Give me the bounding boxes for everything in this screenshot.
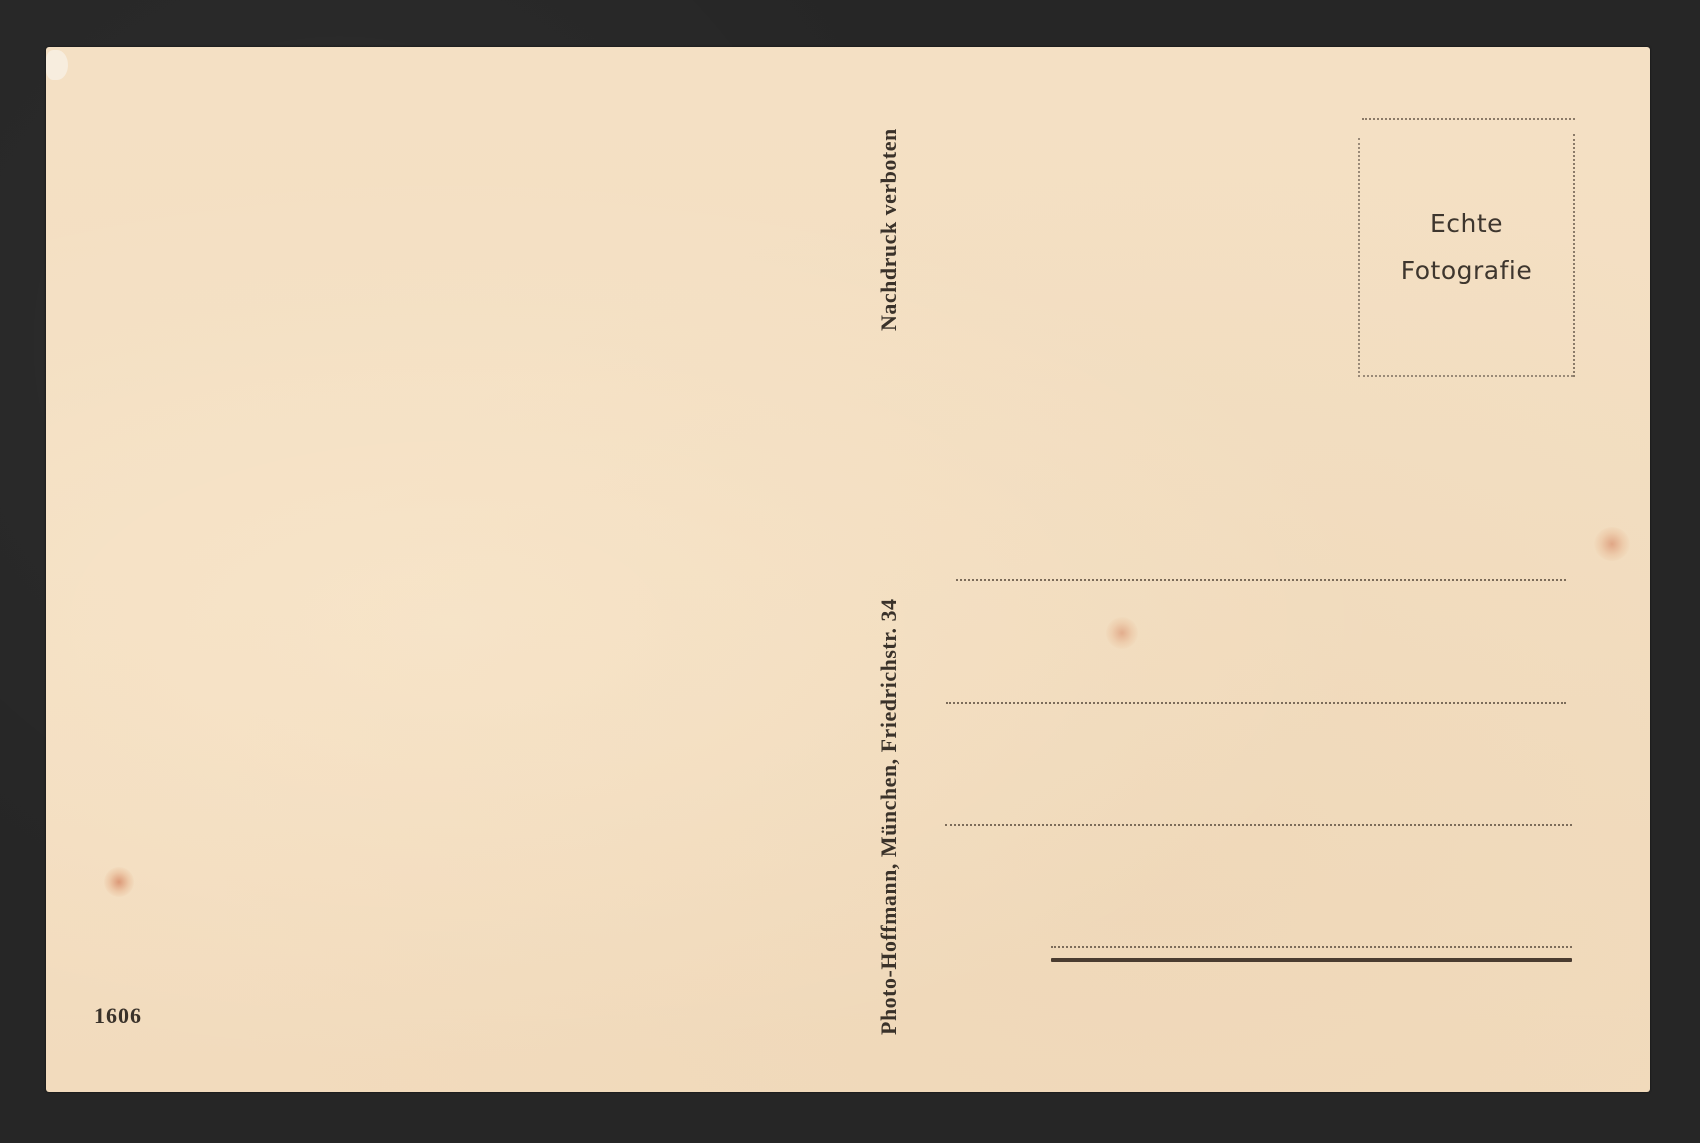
stamp-box-border-top bbox=[1362, 118, 1575, 120]
publisher-imprint: Photo-Hoffmann, München, Friedrichstr. 3… bbox=[876, 599, 902, 1035]
stamp-box-border-bottom bbox=[1358, 375, 1573, 377]
address-line-3 bbox=[945, 824, 1572, 826]
foxing-stain bbox=[1594, 527, 1630, 561]
corner-wear bbox=[46, 50, 68, 80]
address-line-underline bbox=[1051, 958, 1572, 962]
stamp-box: Echte Fotografie bbox=[1358, 118, 1575, 377]
stamp-box-label-line2: Fotografie bbox=[1358, 256, 1575, 285]
stamp-box-label-line1: Echte bbox=[1358, 209, 1575, 238]
address-line-2 bbox=[946, 702, 1566, 704]
copyright-notice: Nachdruck verboten bbox=[876, 128, 902, 331]
foxing-stain bbox=[1106, 617, 1138, 649]
postcard-back: Nachdruck verboten Photo-Hoffmann, Münch… bbox=[46, 47, 1650, 1092]
foxing-stain bbox=[104, 867, 134, 897]
address-line-4 bbox=[1051, 946, 1572, 948]
serial-number: 1606 bbox=[94, 1003, 142, 1029]
address-line-1 bbox=[956, 579, 1566, 581]
